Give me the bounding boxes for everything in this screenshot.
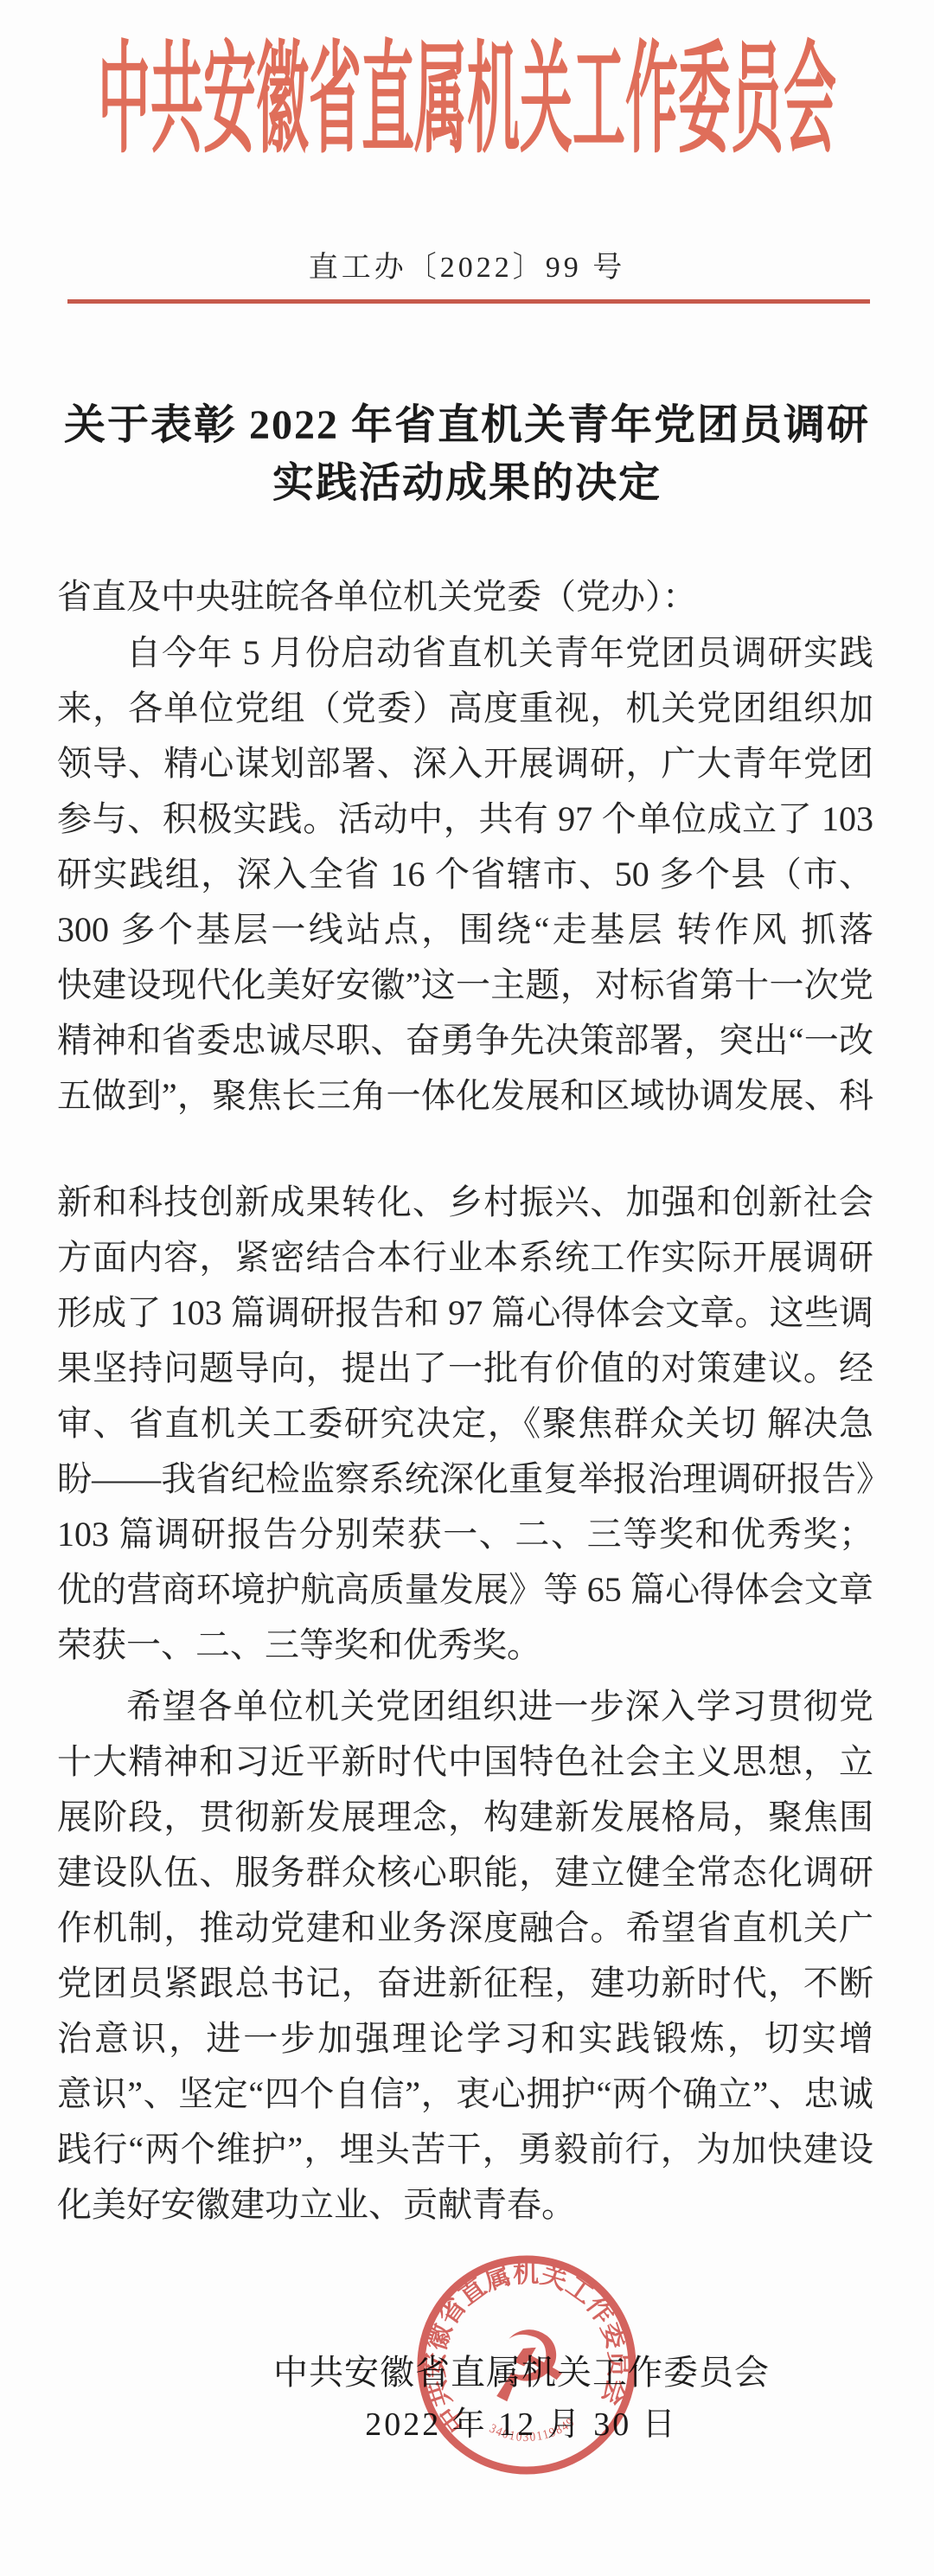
body-text-line: 方面内容，紧密结合本行业本系统工作实际开展调研实践， [57,1230,873,1285]
seal-graphic: 中共安徽省直属机关工作委员会 ☭ 3401030119849 [400,2238,654,2492]
body-text-line: 意识”、坚定“四个自信”，衷心拥护“两个确立”、忠诚 [57,2067,873,2122]
document-title: 关于表彰 2022 年省直机关青年党团员调研 实践活动成果的决定 [0,396,934,512]
body-text-line: 党团员紧跟总书记，奋进新征程，建功新时代，不断强化政 [57,1956,873,2011]
body-text-line: 形成了 103 篇调研报告和 97 篇心得体会文章。这些调研成 [57,1285,873,1341]
hammer-sickle-emblem: ☭ [478,2307,576,2425]
paragraph-2: 希望各单位机关党团组织进一步深入学习贯彻党的二 十大精神和习近平新时代中国特色社… [57,1679,873,2233]
body-text-line: 快建设现代化美好安徽”这一主题，对标省第十一次党代会 [57,958,873,1013]
document-number: 直工办〔2022〕99 号 [0,243,934,285]
body-text-line: 103 篇调研报告分别荣获一、二、三等奖和优秀奖；《以更 [57,1507,873,1562]
body-text-line: 参与、积极实践。活动中，共有 97 个单位成立了 103 个调 [57,791,873,847]
body-text-line: 作机制，推动党建和业务深度融合。希望省直机关广大青年 [57,1900,873,1956]
body-text-line: 果坚持问题导向，提出了一批有价值的对策建议。经专家评 [57,1341,873,1396]
paragraph-1-continued: 新和科技创新成果转化、乡村振兴、加强和创新社会治理等 方面内容，紧密结合本行业本… [57,1175,873,1673]
letterhead-org-name: 中共安徽省直属机关工作委员会 [98,3,836,176]
body-text-line: 化美好安徽建功立业、贡献青春。 [57,2177,873,2233]
body-text-line: 荣获一、二、三等奖和优秀奖。 [57,1618,873,1673]
body-text-line: 践行“两个维护”，埋头苦干，勇毅前行，为加快建设现代 [57,2122,873,2177]
body-text-line: 治意识，进一步加强理论学习和实践锻炼，切实增强“四个 [57,2011,873,2067]
body-text-line: 300 多个基层一线站点，围绕“走基层 转作风 抓落实，加 [57,902,873,958]
paragraph-1: 自今年 5 月份启动省直机关青年党团员调研实践活动以 来，各单位党组（党委）高度… [57,625,873,1124]
document-title-line: 关于表彰 2022 年省直机关青年党团员调研 [0,396,934,454]
body-text-line: 优的营商环境护航高质量发展》等 65 篇心得体会文章分别 [57,1562,873,1618]
body-text-line: 五做到”，聚焦长三角一体化发展和区域协调发展、科研创 [57,1068,873,1124]
body-text-line: 研实践组，深入全省 16 个省辖市、50 多个县（市、区）、 [57,847,873,902]
body-text-line: 领导、精心谋划部署、深入开展调研，广大青年党团员踊跃 [57,736,873,791]
body-text-line: 建设队伍、服务群众核心职能，建立健全常态化调研实践工 [57,1845,873,1900]
body-text-line: 展阶段，贯彻新发展理念，构建新发展格局，聚焦围绕中心、 [57,1790,873,1845]
salutation-line: 省直及中央驻皖各单位机关党委（党办）： [57,569,873,625]
body-text-line: 新和科技创新成果转化、乡村振兴、加强和创新社会治理等 [57,1175,873,1230]
body-text-line: 来，各单位党组（党委）高度重视，机关党团组织加强组织 [57,681,873,736]
body-text-line: 自今年 5 月份启动省直机关青年党团员调研实践活动以 [57,625,873,681]
official-seal: 中共安徽省直属机关工作委员会 ☭ 3401030119849 [400,2238,654,2492]
letterhead: 中共安徽省直属机关工作委员会 [0,17,934,163]
document-title-line: 实践活动成果的决定 [0,454,934,512]
body-text-line: 希望各单位机关党团组织进一步深入学习贯彻党的二 [57,1679,873,1734]
document-page: 中共安徽省直属机关工作委员会 直工办〔2022〕99 号 关于表彰 2022 年… [0,0,934,2576]
body-text-line: 盼——我省纪检监察系统深化重复举报治理调研报告》等 [57,1451,873,1507]
body-text-line: 审、省直机关工委研究决定，《聚焦群众关切 解决急难愁 [57,1396,873,1451]
body-text-line: 精神和省委忠诚尽职、奋勇争先决策部署，突出“一改两为 [57,1013,873,1068]
body-text-line: 十大精神和习近平新时代中国特色社会主义思想，立足新发 [57,1734,873,1790]
red-divider-line [67,299,870,304]
